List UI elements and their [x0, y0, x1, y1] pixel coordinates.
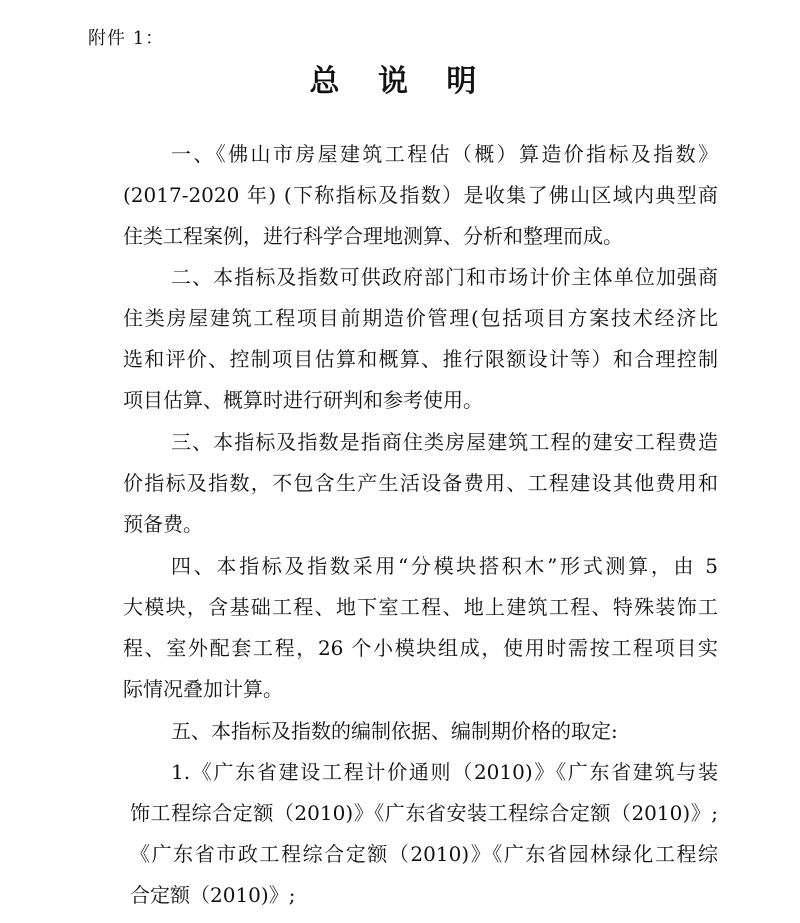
paragraph-line: 四、本指标及指数采用“分模块搭积木”形式测算，由 5: [171, 552, 718, 580]
paragraph-line: 大模块，含基础工程、地下室工程、地上建筑工程、特殊装饰工: [123, 593, 718, 621]
paragraph-line: 预备费。: [123, 510, 718, 538]
paragraph-line: (2017-2020 年) (下称指标及指数）是收集了佛山区域内典型商: [123, 181, 718, 209]
paragraph-line: 住类工程案例，进行科学合理地测算、分析和整理而成。: [123, 222, 718, 250]
paragraph-line: 五、本指标及指数的编制依据、编制期价格的取定:: [171, 717, 718, 745]
attachment-label: 附件 1：: [88, 24, 164, 50]
page-title: 总 说 明: [0, 56, 800, 100]
paragraph-line: 程、室外配套工程，26 个小模块组成，使用时需按工程项目实: [123, 634, 718, 662]
paragraph-line: 选和评价、控制项目估算和概算、推行限额设计等）和合理控制: [123, 345, 718, 373]
paragraph-line: 项目估算、概算时进行研判和参考使用。: [123, 386, 718, 414]
paragraph-line: 住类房屋建筑工程项目前期造价管理(包括项目方案技术经济比: [123, 304, 718, 332]
paragraph-line: 价指标及指数，不包含生产生活设备费用、工程建设其他费用和: [123, 469, 718, 497]
paragraph-line: 1.《广东省建设工程计价通则（2010)》《广东省建筑与装: [171, 758, 718, 786]
paragraph-line: 合定额（2010)》;: [130, 881, 718, 909]
paragraph-line: 一、《佛山市房屋建筑工程估（概）算造价指标及指数》: [171, 140, 718, 168]
paragraph-line: 《广东省市政工程综合定额（2010)》《广东省园林绿化工程综: [130, 840, 718, 868]
paragraph-line: 二、本指标及指数可供政府部门和市场计价主体单位加强商: [171, 263, 718, 291]
paragraph-line: 际情况叠加计算。: [123, 675, 718, 703]
paragraph-line: 饰工程综合定额（2010)》《广东省安装工程综合定额（2010)》;: [130, 799, 718, 827]
paragraph-line: 三、本指标及指数是指商住类房屋建筑工程的建安工程费造: [171, 428, 718, 456]
